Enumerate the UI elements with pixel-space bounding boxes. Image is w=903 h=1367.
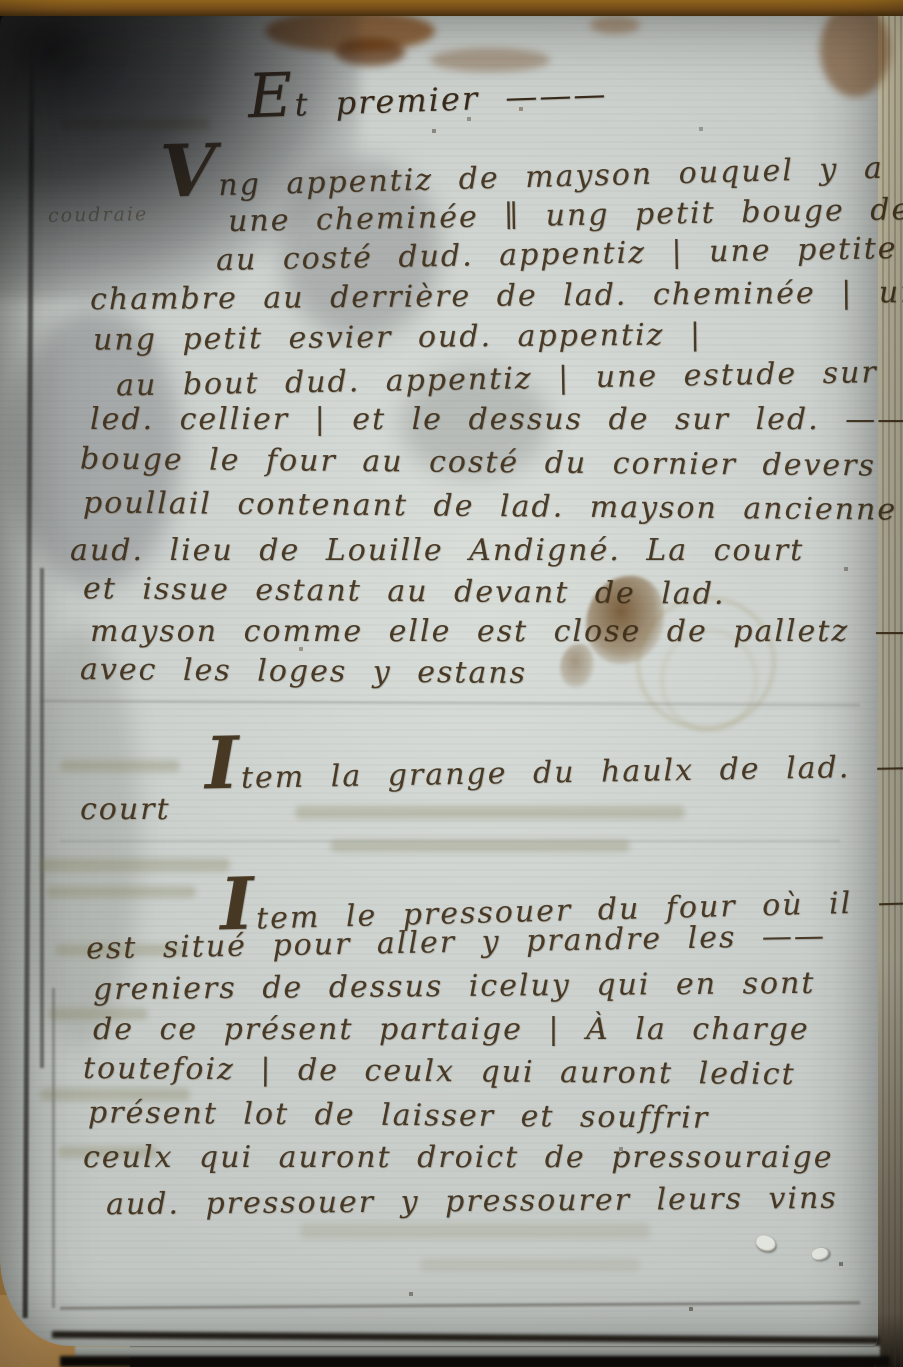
manuscript-line: greniers de dessus iceluy qui en sont bbox=[93, 966, 816, 1007]
page-bottom-edge bbox=[60, 1356, 890, 1367]
paper-sheet: Et premier ——— coudraie Vng appentiz de … bbox=[0, 8, 878, 1346]
manuscript-photo: Et premier ——— coudraie Vng appentiz de … bbox=[0, 0, 903, 1367]
manuscript-line: led. cellier | et le dessus de sur led. … bbox=[90, 402, 903, 437]
manuscript-line: présent lot de laisser et souffrir bbox=[88, 1095, 710, 1135]
bleedthrough-text bbox=[330, 840, 630, 852]
page-crease bbox=[40, 568, 44, 1068]
manuscript-line: poullail contenant de lad. mayson ancien… bbox=[83, 485, 897, 527]
wax-blemish bbox=[754, 1233, 778, 1253]
manuscript-line: bouge le four au costé du cornier devers bbox=[80, 442, 876, 484]
manuscript-line: avec les loges y estans bbox=[80, 652, 527, 691]
wax-blemish bbox=[811, 1246, 830, 1261]
binding-strip bbox=[0, 0, 903, 16]
fold-crease bbox=[60, 1301, 860, 1310]
manuscript-line: Item la grange du haulx de lad. —— bbox=[205, 726, 903, 797]
manuscript-line: Vng appentiz de mayson ouquel y a —— bbox=[159, 125, 903, 204]
rust-stain bbox=[820, 2, 890, 97]
bleedthrough-text bbox=[420, 1258, 640, 1272]
manuscript-line: aud. lieu de Louille Andigné. La court bbox=[70, 533, 804, 568]
manuscript-line: chambre au derrière de lad. cheminée | u… bbox=[90, 274, 903, 318]
ink-blot-stain bbox=[560, 644, 594, 688]
page-crease bbox=[23, 48, 35, 1318]
manuscript-line: de ce présent partaige | À la charge bbox=[93, 1012, 810, 1047]
manuscript-line: est situé pour aller y prandre les —— bbox=[86, 919, 826, 967]
manuscript-line: ceulx qui auront droict de pressouraige bbox=[83, 1140, 833, 1175]
page-crease bbox=[52, 988, 55, 1308]
manuscript-line: au bout dud. appentiz | une estude sur —… bbox=[116, 354, 903, 404]
margin-note: coudraie bbox=[48, 203, 149, 227]
bleedthrough-text bbox=[40, 858, 230, 872]
rust-stain bbox=[335, 38, 405, 66]
manuscript-line: court bbox=[80, 792, 171, 827]
bleedthrough-text bbox=[300, 1223, 650, 1239]
manuscript-line: et issue estant au devant de lad. bbox=[83, 571, 726, 612]
bleedthrough-text bbox=[295, 806, 685, 819]
manuscript-line: mayson comme elle est close de palletz —… bbox=[90, 614, 903, 649]
manuscript-line: aud. pressouer y pressourer leurs vins bbox=[106, 1181, 838, 1222]
manuscript-line: toutefoiz | de ceulx qui auront ledict bbox=[83, 1051, 796, 1092]
bleedthrough-text bbox=[60, 760, 180, 772]
section-heading: Et premier ——— bbox=[247, 64, 608, 126]
bleedthrough-text bbox=[46, 886, 196, 898]
rust-stain bbox=[590, 16, 640, 34]
manuscript-line: ung petit esvier oud. appentiz | bbox=[93, 317, 702, 357]
